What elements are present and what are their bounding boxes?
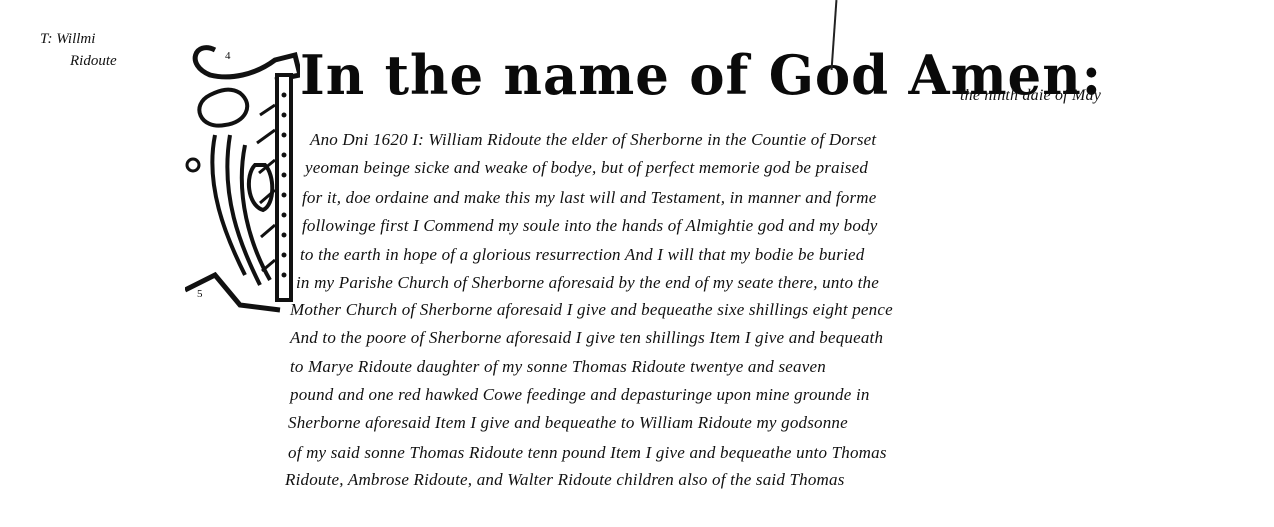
margin-note-line-1: T: Willmi xyxy=(40,31,95,47)
text-line-10: to Marye Ridoute daughter of my sonne Th… xyxy=(290,357,826,377)
text-line-1: the ninth daie of May xyxy=(960,87,1101,105)
text-line-14: Ridoute, Ambrose Ridoute, and Walter Rid… xyxy=(285,470,845,490)
decorated-initial-i: 4 5 xyxy=(185,35,300,325)
text-line-5: followinge first I Commend my soule into… xyxy=(302,216,878,236)
text-line-11: pound and one red hawked Cowe feedinge a… xyxy=(290,385,870,405)
text-line-12: Sherborne aforesaid Item I give and bequ… xyxy=(288,413,848,433)
text-line-7: in my Parishe Church of Sherborne afores… xyxy=(296,273,879,293)
text-line-8: Mother Church of Sherborne aforesaid I g… xyxy=(290,300,893,320)
margin-number-5: 5 xyxy=(197,288,203,300)
text-line-6: to the earth in hope of a glorious resur… xyxy=(300,245,864,265)
text-line-13: of my said sonne Thomas Ridoute tenn pou… xyxy=(288,443,887,463)
margin-number-4: 4 xyxy=(225,50,231,62)
text-line-9: And to the poore of Sherborne aforesaid … xyxy=(290,328,883,348)
text-line-2: Ano Dni 1620 I: William Ridoute the elde… xyxy=(310,130,876,150)
margin-note-line-2: Ridoute xyxy=(40,50,117,72)
margin-note: T: Willmi Ridoute xyxy=(40,28,117,72)
text-line-3: yeoman beinge sicke and weake of bodye, … xyxy=(305,158,868,178)
text-line-4: for it, doe ordaine and make this my las… xyxy=(302,188,877,208)
